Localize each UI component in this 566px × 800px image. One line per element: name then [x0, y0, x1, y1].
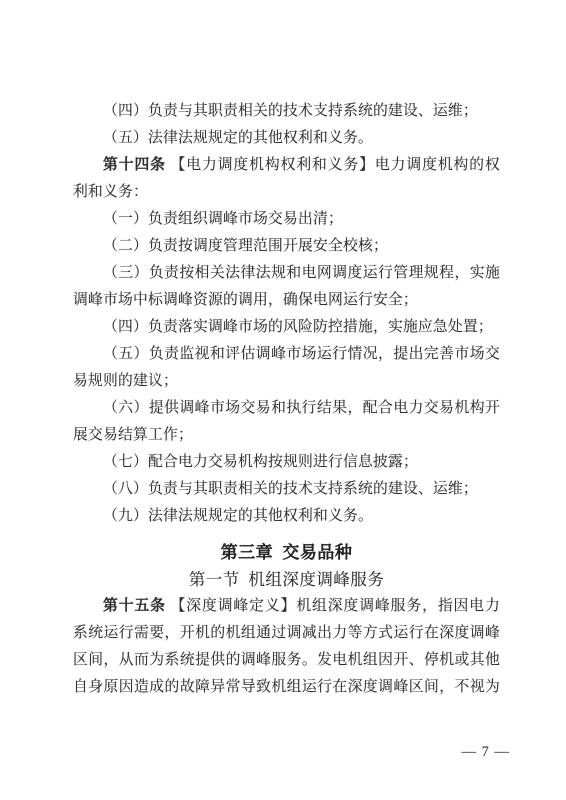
body-line: （一）负责组织调峰市场交易出清； — [73, 206, 500, 233]
body-line: 利和义务： — [73, 179, 500, 206]
line-text: 【电力调度机构权利和义务】电力调度机构的权 — [166, 157, 500, 173]
body-line: 易规则的建议； — [73, 368, 500, 395]
article-number: 第十五条 — [103, 598, 166, 614]
body-line: （六）提供调峰市场交易和执行结果，配合电力交易机构开 — [73, 395, 500, 422]
body-line: （三）负责按相关法律法规和电网调度运行管理规程，实施 — [73, 260, 500, 287]
body-line: （四）负责与其职责相关的技术支持系统的建设、运维； — [73, 98, 500, 125]
page-number: — 7 — — [462, 744, 511, 761]
body-line: 调峰市场中标调峰资源的调用，确保电网运行安全； — [73, 287, 500, 314]
body-line: 第十五条 【深度调峰定义】机组深度调峰服务，指因电力 — [73, 593, 500, 620]
document-body: （四）负责与其职责相关的技术支持系统的建设、运维； （五）法律法规规定的其他权利… — [73, 98, 500, 701]
body-line: 自身原因造成的故障异常导致机组运行在深度调峰区间，不视为 — [73, 674, 500, 701]
line-text: 【深度调峰定义】机组深度调峰服务，指因电力 — [166, 598, 500, 614]
section-heading: 第一节 机组深度调峰服务 — [73, 566, 500, 593]
body-line: （八）负责与其职责相关的技术支持系统的建设、运维； — [73, 476, 500, 503]
chapter-heading: 第三章 交易品种 — [73, 539, 500, 566]
body-line: 系统运行需要，开机的机组通过调减出力等方式运行在深度调峰 — [73, 620, 500, 647]
article-number: 第十四条 — [103, 157, 166, 173]
body-line: 展交易结算工作； — [73, 422, 500, 449]
body-line: （五）负责监视和评估调峰市场运行情况，提出完善市场交 — [73, 341, 500, 368]
document-page: （四）负责与其职责相关的技术支持系统的建设、运维； （五）法律法规规定的其他权利… — [0, 0, 566, 800]
body-line: 区间，从而为系统提供的调峰服务。发电机组因开、停机或其他 — [73, 647, 500, 674]
body-line: （二）负责按调度管理范围开展安全校核； — [73, 233, 500, 260]
body-line: （四）负责落实调峰市场的风险防控措施，实施应急处置； — [73, 314, 500, 341]
body-line: 第十四条 【电力调度机构权利和义务】电力调度机构的权 — [73, 152, 500, 179]
body-line: （五）法律法规规定的其他权利和义务。 — [73, 125, 500, 152]
body-line: （九）法律法规规定的其他权利和义务。 — [73, 503, 500, 530]
body-line: （七）配合电力交易机构按规则进行信息披露； — [73, 449, 500, 476]
